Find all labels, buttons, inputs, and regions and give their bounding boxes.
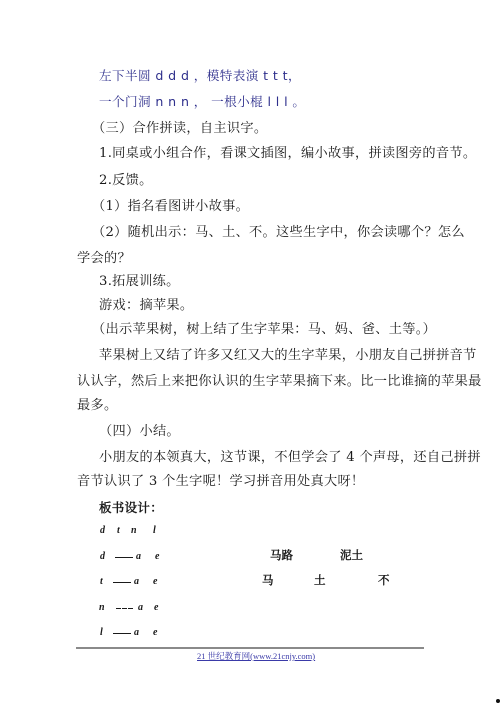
pinyin-row-dash (115, 557, 133, 558)
footer-site-link[interactable]: 21 世纪教育网(www.21cnjy.com) (197, 651, 315, 661)
board-design-heading: 板书设计： (99, 500, 163, 516)
pinyin-row-initial: d (100, 551, 105, 563)
paragraph-substep-1: （1）指名看图讲小故事。 (92, 199, 249, 215)
pinyin-row-vowel-e: e (153, 627, 157, 639)
pinyin-row-vowel-e: e (153, 576, 157, 588)
document-page: 左下半圆 d d d ，模特表演 t t t， 一个门洞 n n n ， 一根小… (0, 0, 500, 707)
paragraph-apple-2: 认认字，然后上来把你认识的生字苹果摘下来。比一比谁摘的苹果最 (77, 374, 482, 390)
word-malu: 马路 (270, 548, 293, 562)
pinyin-row-initial: n (99, 602, 105, 614)
pinyin-row-dash (113, 582, 131, 583)
word-nitu: 泥土 (340, 548, 363, 562)
paragraph-summary-1: 小朋友的本领真大，这节课，不但学会了 4 个声母，还自己拼拼 (99, 450, 481, 466)
pinyin-header-t: t (117, 525, 120, 537)
pinyin-row-dash (116, 608, 134, 609)
rhyme-line-1: 左下半圆 d d d ，模特表演 t t t， (99, 68, 301, 84)
pinyin-row-initial: t (100, 576, 103, 588)
paragraph-apple-3: 最多。 (77, 398, 117, 414)
pinyin-row-dash (113, 633, 131, 634)
paragraph-step-3: 3.拓展训练。 (99, 274, 180, 290)
paragraph-step-1: 1.同桌或小组合作，看课文插图，编小故事，拼读图旁的音节。 (99, 146, 476, 162)
pinyin-row-vowel-a: a (136, 551, 141, 563)
pinyin-row-vowel-a: a (134, 627, 139, 639)
paragraph-game: 游戏：摘苹果。 (99, 298, 193, 314)
section-heading-4: （四）小结。 (99, 424, 180, 440)
char-tu: 土 (314, 573, 326, 587)
paragraph-step-2: 2.反馈。 (99, 173, 153, 189)
corner-dot-mark (496, 699, 500, 703)
paragraph-substep-2-cont: 学会的？ (77, 251, 131, 267)
rhyme-line-2: 一个门洞 n n n ， 一根小棍 l l l 。 (99, 94, 305, 110)
section-heading-3: （三）合作拼读，自主识字。 (92, 121, 267, 137)
paragraph-show-tree: （出示苹果树，树上结了生字苹果：马、妈、爸、土等。） (92, 322, 436, 338)
pinyin-header-n: n (131, 525, 137, 537)
pinyin-header-l: l (153, 525, 156, 537)
paragraph-summary-2: 音节认识了 3 个生字呢！学习拼音用处真大呀！ (77, 474, 364, 490)
char-bu: 不 (378, 573, 390, 587)
pinyin-row-initial: l (100, 627, 103, 639)
pinyin-row-vowel-a: a (134, 576, 139, 588)
paragraph-apple-1: 苹果树上又结了许多又红又大的生字苹果，小朋友自己拼拼音节 (99, 348, 477, 364)
footer-divider (76, 647, 424, 649)
char-ma: 马 (262, 573, 274, 587)
pinyin-row-vowel-e: e (154, 602, 158, 614)
paragraph-substep-2: （2）随机出示：马、土、不。这些生字中，你会读哪个？怎么 (92, 225, 465, 241)
pinyin-header-d: d (100, 525, 105, 537)
pinyin-row-vowel-e: e (155, 551, 159, 563)
pinyin-row-vowel-a: a (138, 602, 143, 614)
